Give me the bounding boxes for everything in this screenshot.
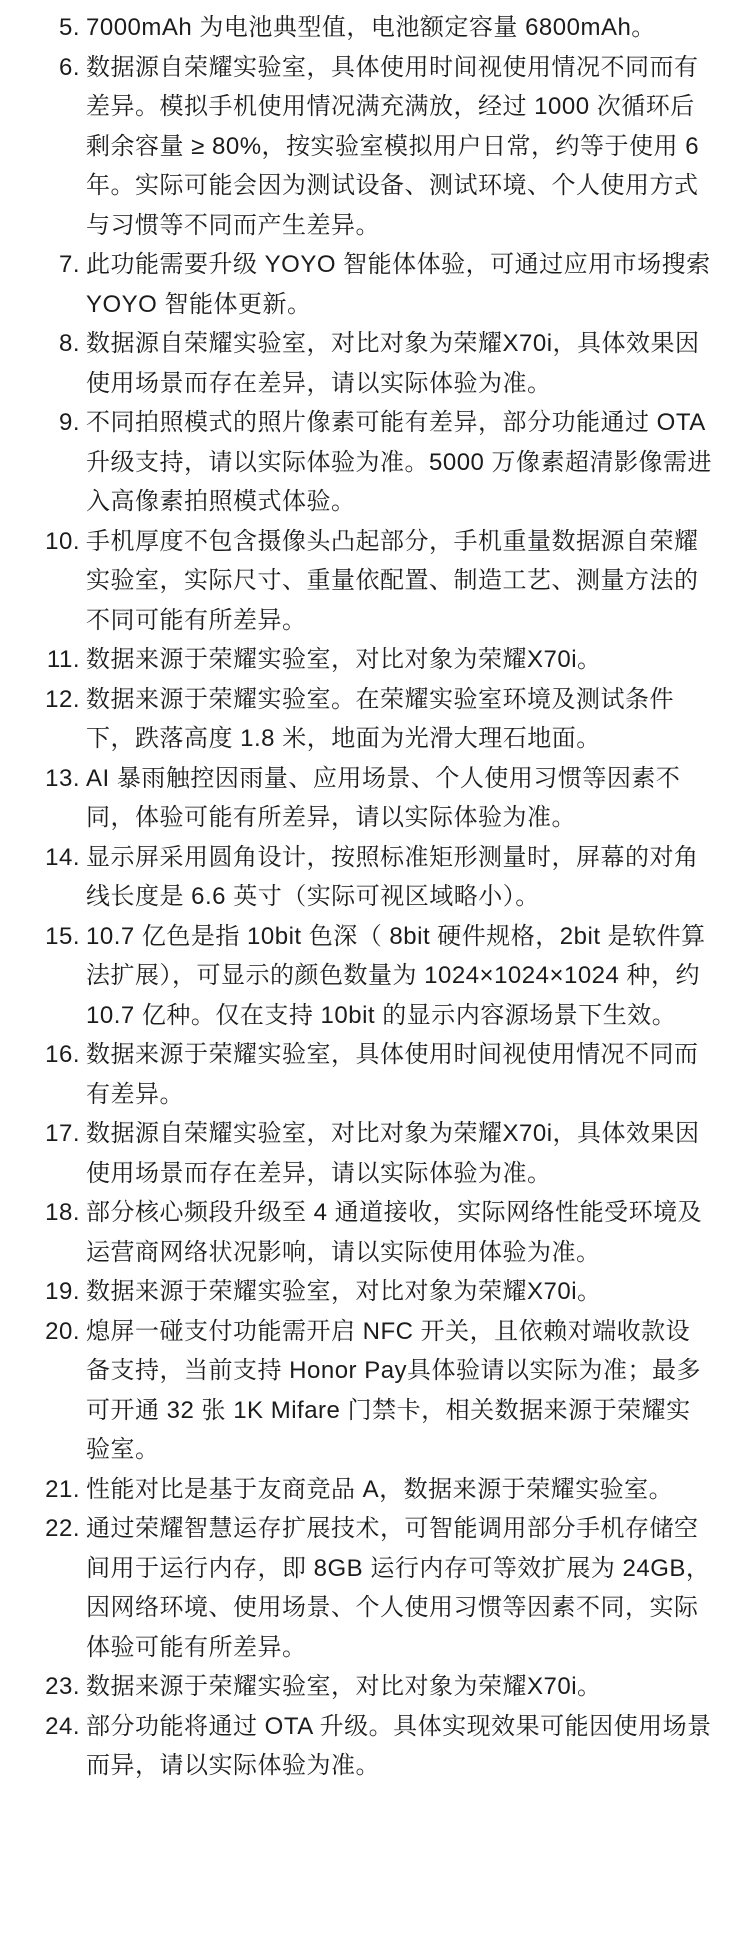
footnote-number: 7. xyxy=(30,245,80,285)
footnote-number: 20. xyxy=(30,1312,80,1352)
footnote-number: 23. xyxy=(30,1667,80,1707)
footnote-item-11: 11. 数据来源于荣耀实验室，对比对象为荣耀X70i。 xyxy=(30,640,714,680)
footnote-list: 5. 7000mAh 为电池典型值，电池额定容量 6800mAh。 6. 数据源… xyxy=(0,0,750,1786)
footnote-number: 18. xyxy=(30,1193,80,1233)
footnote-text: 部分功能将通过 OTA 升级。具体实现效果可能因使用场景而异，请以实际体验为准。 xyxy=(86,1707,714,1786)
footnote-text: 显示屏采用圆角设计，按照标准矩形测量时，屏幕的对角线长度是 6.6 英寸（实际可… xyxy=(86,838,714,917)
footnote-item-14: 14. 显示屏采用圆角设计，按照标准矩形测量时，屏幕的对角线长度是 6.6 英寸… xyxy=(30,838,714,917)
footnote-number: 22. xyxy=(30,1509,80,1549)
footnote-text: 数据来源于荣耀实验室。在荣耀实验室环境及测试条件下，跌落高度 1.8 米，地面为… xyxy=(86,680,714,759)
footnote-number: 10. xyxy=(30,522,80,562)
footnote-text: 数据来源于荣耀实验室，对比对象为荣耀X70i。 xyxy=(86,1667,714,1707)
footnote-text: 手机厚度不包含摄像头凸起部分，手机重量数据源自荣耀实验室，实际尺寸、重量依配置、… xyxy=(86,522,714,641)
footnote-item-7: 7. 此功能需要升级 YOYO 智能体体验，可通过应用市场搜索 YOYO 智能体… xyxy=(30,245,714,324)
footnote-text: 此功能需要升级 YOYO 智能体体验，可通过应用市场搜索 YOYO 智能体更新。 xyxy=(86,245,714,324)
footnotes-page: 5. 7000mAh 为电池典型值，电池额定容量 6800mAh。 6. 数据源… xyxy=(0,0,750,1948)
footnote-item-9: 9. 不同拍照模式的照片像素可能有差异，部分功能通过 OTA 升级支持，请以实际… xyxy=(30,403,714,522)
footnote-item-22: 22. 通过荣耀智慧运存扩展技术，可智能调用部分手机存储空间用于运行内存，即 8… xyxy=(30,1509,714,1667)
footnote-item-5: 5. 7000mAh 为电池典型值，电池额定容量 6800mAh。 xyxy=(30,8,714,48)
footnote-text: 数据来源于荣耀实验室，具体使用时间视使用情况不同而有差异。 xyxy=(86,1035,714,1114)
footnote-number: 17. xyxy=(30,1114,80,1154)
footnote-text: 熄屏一碰支付功能需开启 NFC 开关，且依赖对端收款设备支持，当前支持 Hono… xyxy=(86,1312,714,1470)
footnote-text: 7000mAh 为电池典型值，电池额定容量 6800mAh。 xyxy=(86,8,714,48)
footnote-item-18: 18. 部分核心频段升级至 4 通道接收，实际网络性能受环境及运营商网络状况影响… xyxy=(30,1193,714,1272)
footnote-text: 10.7 亿色是指 10bit 色深（ 8bit 硬件规格，2bit 是软件算法… xyxy=(86,917,714,1036)
footnote-item-17: 17. 数据源自荣耀实验室，对比对象为荣耀X70i，具体效果因使用场景而存在差异… xyxy=(30,1114,714,1193)
footnote-number: 6. xyxy=(30,48,80,88)
footnote-text: 数据源自荣耀实验室，具体使用时间视使用情况不同而有差异。模拟手机使用情况满充满放… xyxy=(86,48,714,246)
footnote-number: 8. xyxy=(30,324,80,364)
footnote-number: 12. xyxy=(30,680,80,720)
footnote-number: 24. xyxy=(30,1707,80,1747)
footnote-item-6: 6. 数据源自荣耀实验室，具体使用时间视使用情况不同而有差异。模拟手机使用情况满… xyxy=(30,48,714,246)
footnote-text: AI 暴雨触控因雨量、应用场景、个人使用习惯等因素不同，体验可能有所差异，请以实… xyxy=(86,759,714,838)
footnote-item-16: 16. 数据来源于荣耀实验室，具体使用时间视使用情况不同而有差异。 xyxy=(30,1035,714,1114)
footnote-item-10: 10. 手机厚度不包含摄像头凸起部分，手机重量数据源自荣耀实验室，实际尺寸、重量… xyxy=(30,522,714,641)
footnote-item-19: 19. 数据来源于荣耀实验室，对比对象为荣耀X70i。 xyxy=(30,1272,714,1312)
footnote-item-15: 15. 10.7 亿色是指 10bit 色深（ 8bit 硬件规格，2bit 是… xyxy=(30,917,714,1036)
footnote-number: 16. xyxy=(30,1035,80,1075)
footnote-number: 21. xyxy=(30,1470,80,1510)
footnote-text: 部分核心频段升级至 4 通道接收，实际网络性能受环境及运营商网络状况影响，请以实… xyxy=(86,1193,714,1272)
footnote-text: 通过荣耀智慧运存扩展技术，可智能调用部分手机存储空间用于运行内存，即 8GB 运… xyxy=(86,1509,714,1667)
footnote-number: 5. xyxy=(30,8,80,48)
footnote-item-23: 23. 数据来源于荣耀实验室，对比对象为荣耀X70i。 xyxy=(30,1667,714,1707)
footnote-number: 13. xyxy=(30,759,80,799)
footnote-item-21: 21. 性能对比是基于友商竞品 A，数据来源于荣耀实验室。 xyxy=(30,1470,714,1510)
footnote-text: 数据源自荣耀实验室，对比对象为荣耀X70i，具体效果因使用场景而存在差异，请以实… xyxy=(86,324,714,403)
footnote-item-13: 13. AI 暴雨触控因雨量、应用场景、个人使用习惯等因素不同，体验可能有所差异… xyxy=(30,759,714,838)
footnote-number: 19. xyxy=(30,1272,80,1312)
footnote-item-20: 20. 熄屏一碰支付功能需开启 NFC 开关，且依赖对端收款设备支持，当前支持 … xyxy=(30,1312,714,1470)
footnote-item-8: 8. 数据源自荣耀实验室，对比对象为荣耀X70i，具体效果因使用场景而存在差异，… xyxy=(30,324,714,403)
footnote-text: 数据来源于荣耀实验室，对比对象为荣耀X70i。 xyxy=(86,640,714,680)
footnote-item-24: 24. 部分功能将通过 OTA 升级。具体实现效果可能因使用场景而异，请以实际体… xyxy=(30,1707,714,1786)
footnote-text: 数据源自荣耀实验室，对比对象为荣耀X70i，具体效果因使用场景而存在差异，请以实… xyxy=(86,1114,714,1193)
footnote-text: 不同拍照模式的照片像素可能有差异，部分功能通过 OTA 升级支持，请以实际体验为… xyxy=(86,403,714,522)
footnote-number: 15. xyxy=(30,917,80,957)
footnote-text: 性能对比是基于友商竞品 A，数据来源于荣耀实验室。 xyxy=(86,1470,714,1510)
footnote-number: 9. xyxy=(30,403,80,443)
footnote-number: 11. xyxy=(30,640,80,680)
footnote-item-12: 12. 数据来源于荣耀实验室。在荣耀实验室环境及测试条件下，跌落高度 1.8 米… xyxy=(30,680,714,759)
footnote-number: 14. xyxy=(30,838,80,878)
footnote-text: 数据来源于荣耀实验室，对比对象为荣耀X70i。 xyxy=(86,1272,714,1312)
